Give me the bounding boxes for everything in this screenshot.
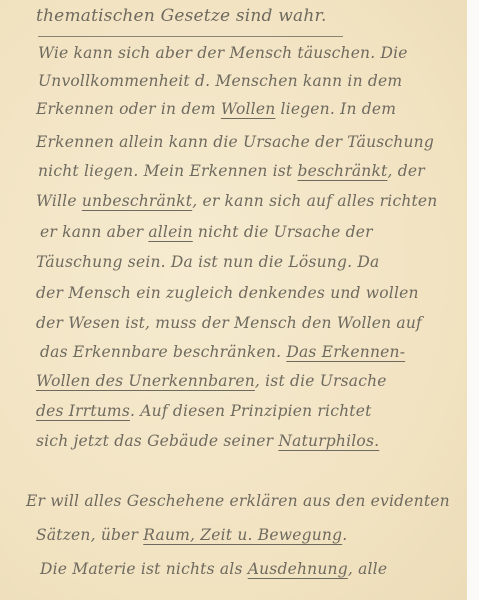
text-line-13: Wollen des Unerkennbaren, ist die Ursach… [36,372,387,390]
underlined-word: Raum, Zeit u. Bewegung [143,526,342,544]
text-segment: Wille [36,192,82,210]
text-segment: nicht liegen. Mein Erkennen ist [38,162,298,180]
scan-margin [467,0,479,600]
text-segment: , er kann sich auf alles richten [192,192,437,210]
text-segment: das Erkennbare beschränken. [40,343,286,361]
heading-line: thematischen Gesetze sind wahr. [36,6,327,26]
text-line-17: Sätzen, über Raum, Zeit u. Bewegung. [36,526,347,544]
text-segment: nicht die Ursache der [193,223,373,241]
underlined-word: allein [148,223,192,241]
text-line-7: Wille unbeschränkt, er kann sich auf all… [36,192,438,210]
text-line-8: er kann aber allein nicht die Ursache de… [40,223,373,241]
underlined-word: Ausdehnung [248,560,348,578]
text-segment: er kann aber [40,223,148,241]
text-line-16: Er will alles Geschehene erklären aus de… [26,492,450,510]
underlined-word: Wollen des Unerkennbaren [36,372,255,390]
text-line-5: Erkennen allein kann die Ursache der Täu… [36,133,434,151]
text-line-6: nicht liegen. Mein Erkennen ist beschrän… [38,162,425,180]
text-segment: , der [387,162,424,180]
underlined-word: des Irrtums [36,402,130,420]
text-line-14: des Irrtums. Auf diesen Prinzipien richt… [36,402,372,420]
text-segment: sich jetzt das Gebäude seiner [36,432,278,450]
text-line-9: Täuschung sein. Da ist nun die Lösung. D… [36,253,379,271]
text-segment: Sätzen, über [36,526,143,544]
text-line-10: der Mensch ein zugleich denkendes und wo… [36,284,419,302]
manuscript-page: thematischen Gesetze sind wahr. Wie kann… [0,0,467,600]
text-segment: . [342,526,347,544]
underlined-word: unbeschränkt [82,192,192,210]
text-line-4: Erkennen oder in dem Wollen liegen. In d… [36,100,396,118]
text-line-3: Unvollkommenheit d. Menschen kann in dem [38,72,402,90]
text-line-2: Wie kann sich aber der Mensch täuschen. … [38,44,408,62]
underlined-word: Naturphilos. [278,432,379,450]
text-line-15: sich jetzt das Gebäude seiner Naturphilo… [36,432,379,450]
text-segment: . Auf diesen Prinzipien richtet [130,402,372,420]
text-segment: , ist die Ursache [255,372,387,390]
heading-underline [38,36,343,37]
text-segment: Die Materie ist nichts als [40,560,248,578]
underlined-word: Wollen [221,100,275,118]
underlined-word: Das Erkennen- [286,343,405,361]
text-segment: Erkennen oder in dem [36,100,221,118]
text-segment: , alle [348,560,387,578]
underlined-word: beschränkt [298,162,388,180]
text-line-12: das Erkennbare beschränken. Das Erkennen… [40,343,405,361]
text-line-11: der Wesen ist, muss der Mensch den Wolle… [36,314,422,332]
text-segment: liegen. In dem [275,100,396,118]
text-line-18: Die Materie ist nichts als Ausdehnung, a… [40,560,387,578]
